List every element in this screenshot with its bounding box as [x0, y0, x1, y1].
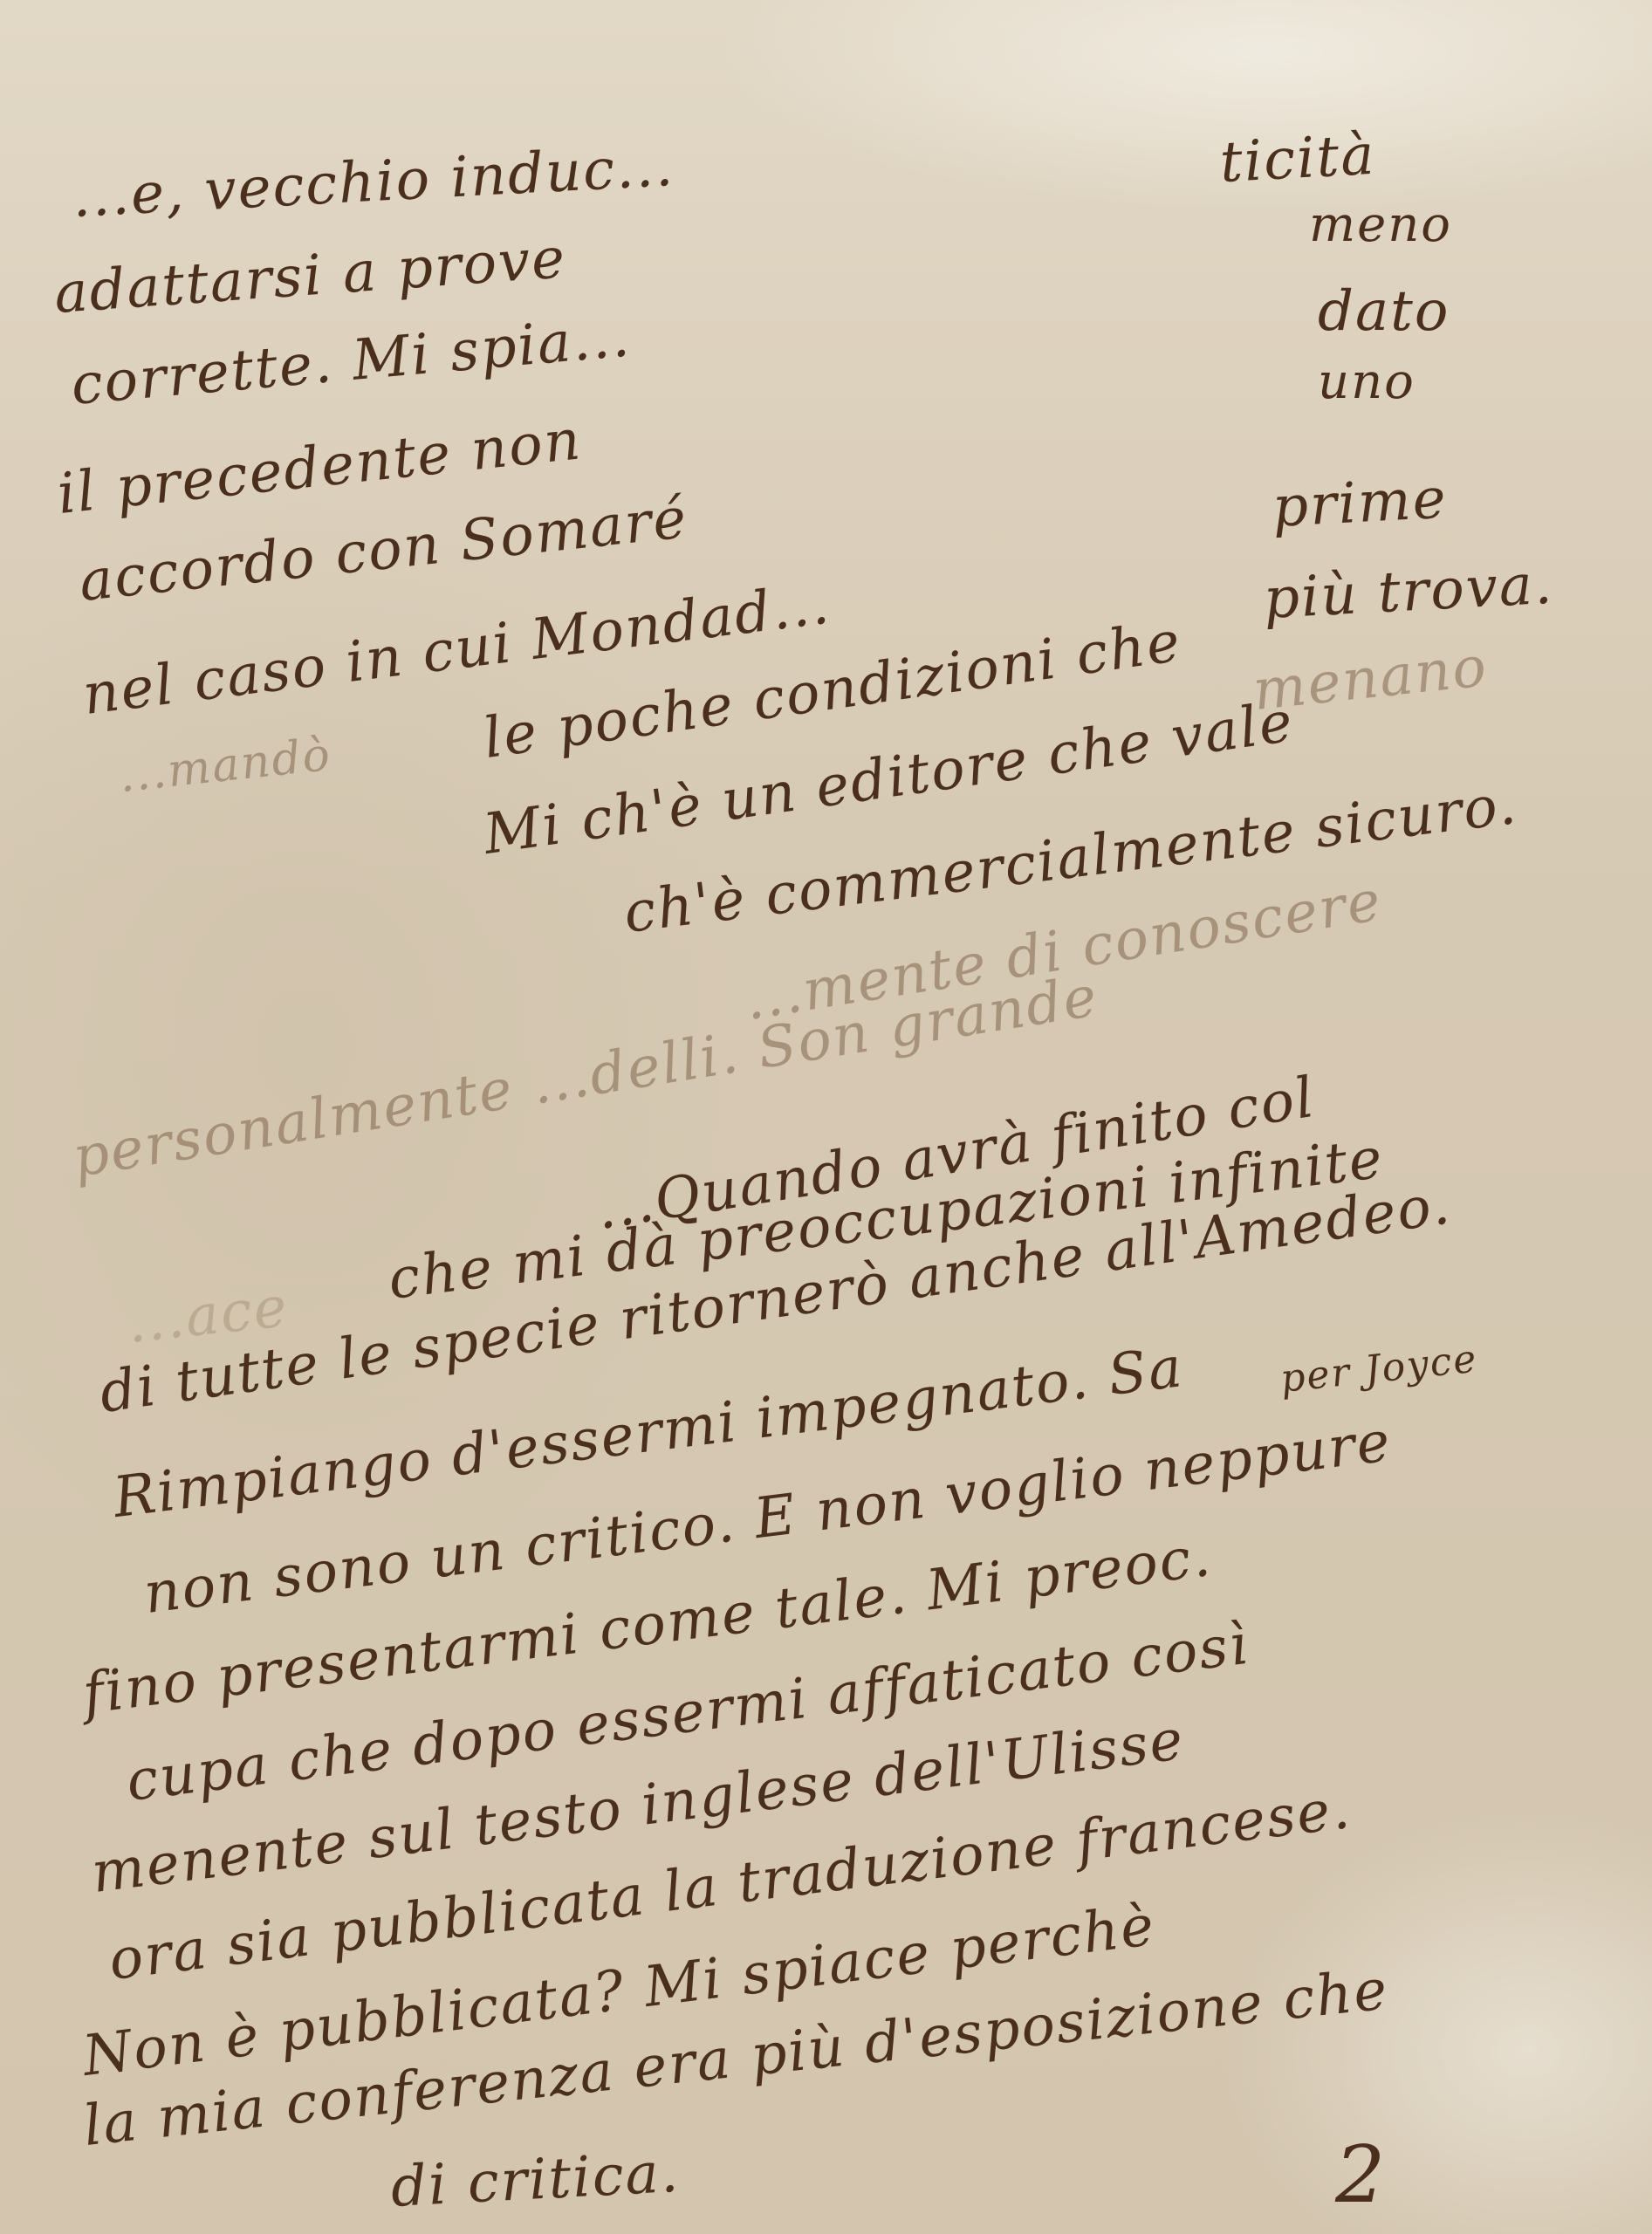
page-number: 2	[1335, 2129, 1387, 2221]
text-line-1: ...e, vecchio induc...	[71, 134, 676, 230]
letter-page: ticità meno dato uno prime più trova. ..…	[0, 0, 1652, 2234]
text-line-23: di critica.	[389, 2141, 682, 2220]
text-line-7-faded: ...mandò	[117, 729, 334, 803]
right-fragment: uno	[1318, 353, 1416, 410]
superscript-note: per Joyce	[1278, 1337, 1480, 1401]
right-fragment: dato	[1318, 279, 1450, 344]
text-line-3: corrette. Mi spia...	[69, 305, 634, 418]
right-fragment: ticità	[1218, 123, 1377, 195]
right-fragment: più trova.	[1262, 552, 1555, 632]
right-fragment: prime	[1271, 467, 1449, 540]
right-fragment: meno	[1309, 196, 1452, 253]
text-line-2: adattarsi a prove	[52, 226, 568, 326]
